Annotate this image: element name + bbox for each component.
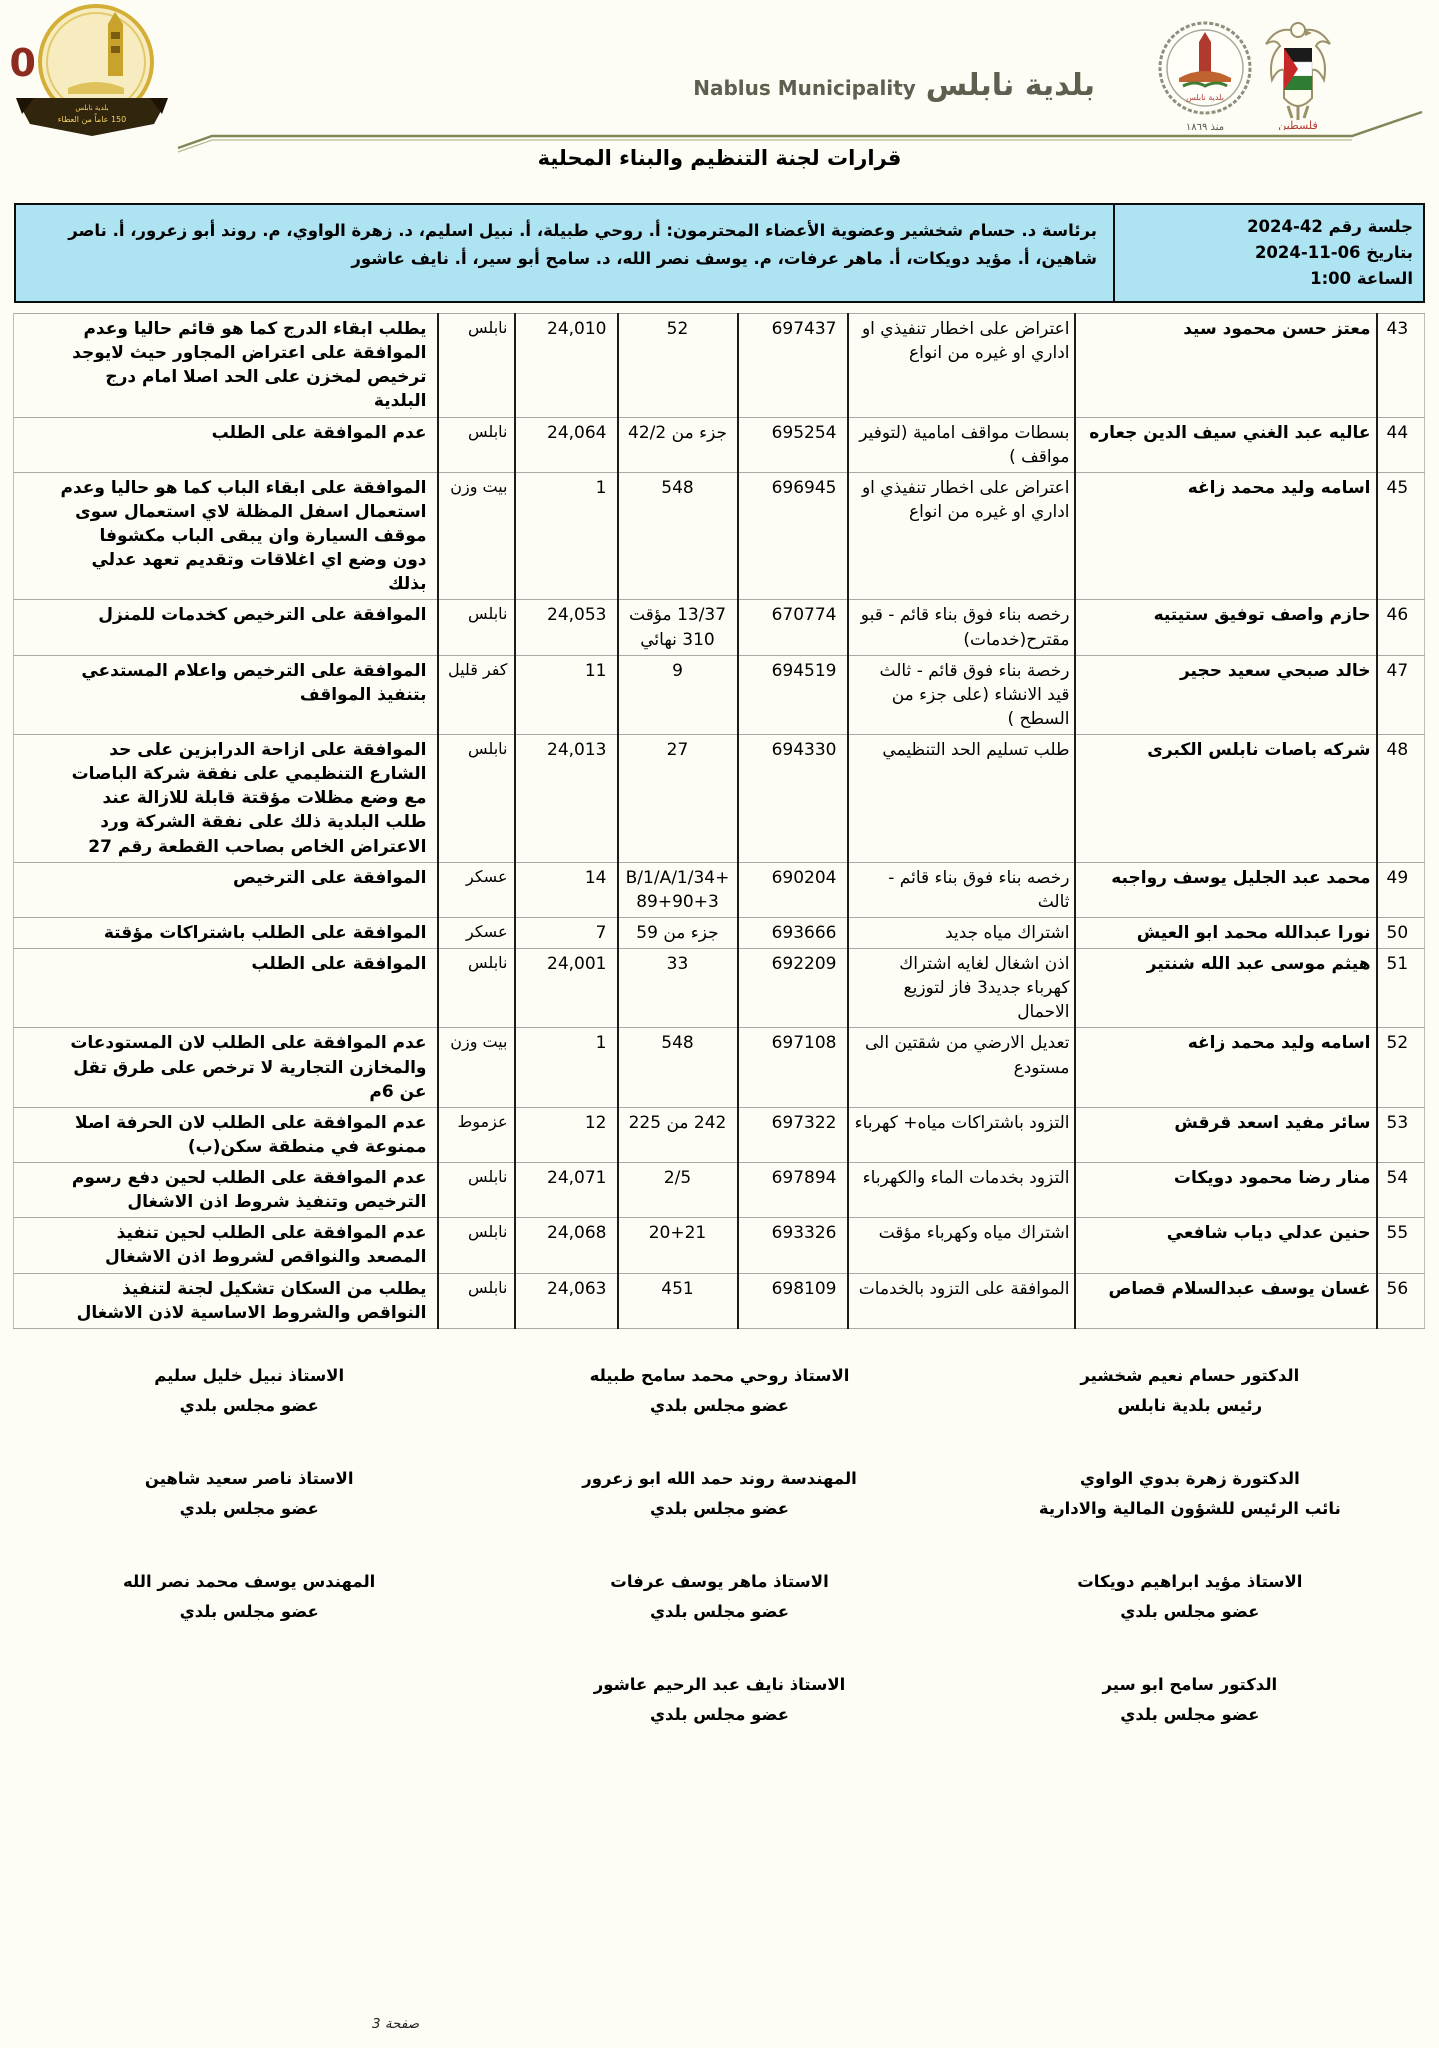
block-number: 12	[515, 1107, 618, 1162]
decision-text: الموافقة على الطلب باشتراكات مؤقتة	[14, 917, 438, 948]
signatory-name: الاستاذ نبيل خليل سليم	[14, 1361, 484, 1391]
session-number: جلسة رقم 42-2024	[1119, 214, 1413, 240]
table-row: 43 معتز حسن محمود سيد اعتراض على اخطار ت…	[14, 314, 1425, 418]
applicant-name: معتز حسن محمود سيد	[1075, 314, 1377, 418]
signatory-name: الاستاذ روحي محمد سامح طبيله	[484, 1361, 954, 1391]
row-number: 47	[1377, 655, 1425, 734]
plot-number: 451	[618, 1273, 738, 1328]
decision-text: يطلب من السكان تشكيل لجنة لتنفيذ النواقص…	[14, 1273, 438, 1328]
brand-text: بلدية نابلس Nablus Municipality	[693, 68, 1095, 103]
applicant-name: سائر مفيد اسعد قرقش	[1075, 1107, 1377, 1162]
row-number: 44	[1377, 417, 1425, 472]
row-number: 46	[1377, 600, 1425, 655]
request-subject: رخصة بناء فوق قائم - ثالث قيد الانشاء (ع…	[848, 655, 1075, 734]
decision-text: الموافقة على الترخيص	[14, 862, 438, 917]
file-number: 692209	[738, 949, 848, 1028]
block-number: 1	[515, 1028, 618, 1107]
file-number: 695254	[738, 417, 848, 472]
block-number: 24,063	[515, 1273, 618, 1328]
decision-text: عدم الموافقة على الطلب	[14, 417, 438, 472]
request-subject: اشتراك مياه وكهرباء مؤقت	[848, 1218, 1075, 1273]
plot-number: 27	[618, 735, 738, 863]
plot-number: 548	[618, 472, 738, 600]
signatory-title: عضو مجلس بلدي	[484, 1391, 954, 1421]
signatory-name: الدكتورة زهرة بدوي الواوي	[955, 1464, 1425, 1494]
request-subject: اشتراك مياه جديد	[848, 917, 1075, 948]
brand-arabic-label: بلدية نابلس	[926, 68, 1095, 103]
row-number: 43	[1377, 314, 1425, 418]
file-number: 697108	[738, 1028, 848, 1107]
table-row: 55 حنين عدلي دياب شافعي اشتراك مياه وكهر…	[14, 1218, 1425, 1273]
table-row: 53 سائر مفيد اسعد قرقش التزود باشتراكات …	[14, 1107, 1425, 1162]
signature-block	[14, 1662, 484, 1765]
signature-block: الاستاذ نايف عبد الرحيم عاشور عضو مجلس ب…	[484, 1662, 954, 1765]
file-number: 670774	[738, 600, 848, 655]
signatory-name: الاستاذ ماهر يوسف عرفات	[484, 1567, 954, 1597]
table-row: 45 اسامه وليد محمد زاغه اعتراض على اخطار…	[14, 472, 1425, 600]
location: نابلس	[438, 1163, 515, 1218]
signatory-title: نائب الرئيس للشؤون المالية والادارية	[955, 1494, 1425, 1524]
location: نابلس	[438, 1273, 515, 1328]
row-number: 45	[1377, 472, 1425, 600]
row-number: 51	[1377, 949, 1425, 1028]
table-row: 56 غسان يوسف عبدالسلام قصاص الموافقة على…	[14, 1273, 1425, 1328]
file-number: 696945	[738, 472, 848, 600]
block-number: 11	[515, 655, 618, 734]
signature-block: الاستاذ مؤيد ابراهيم دويكات عضو مجلس بلد…	[955, 1559, 1425, 1662]
file-number: 697437	[738, 314, 848, 418]
block-number: 14	[515, 862, 618, 917]
location: نابلس	[438, 417, 515, 472]
table-row: 50 نورا عبدالله محمد ابو العيش اشتراك مي…	[14, 917, 1425, 948]
row-number: 53	[1377, 1107, 1425, 1162]
signature-block: المهندس يوسف محمد نصر الله عضو مجلس بلدي	[14, 1559, 484, 1662]
applicant-name: حازم واصف توفيق ستيتيه	[1075, 600, 1377, 655]
block-number: 24,064	[515, 417, 618, 472]
block-number: 24,068	[515, 1218, 618, 1273]
location: كفر قليل	[438, 655, 515, 734]
location: نابلس	[438, 314, 515, 418]
request-subject: تعديل الارضي من شقتين الى مستودع	[848, 1028, 1075, 1107]
plot-number: 548	[618, 1028, 738, 1107]
decision-text: عدم الموافقة على الطلب لحين دفع رسوم الت…	[14, 1163, 438, 1218]
location: نابلس	[438, 600, 515, 655]
applicant-name: غسان يوسف عبدالسلام قصاص	[1075, 1273, 1377, 1328]
block-number: 1	[515, 472, 618, 600]
plot-number: 9	[618, 655, 738, 734]
brand-english-label: Nablus Municipality	[693, 76, 916, 100]
file-number: 690204	[738, 862, 848, 917]
file-number: 697894	[738, 1163, 848, 1218]
signature-block: الاستاذ ناصر سعيد شاهين عضو مجلس بلدي	[14, 1456, 484, 1559]
plot-number: 2/5	[618, 1163, 738, 1218]
file-number: 697322	[738, 1107, 848, 1162]
block-number: 24,010	[515, 314, 618, 418]
row-number: 52	[1377, 1028, 1425, 1107]
table-row: 49 محمد عبد الجليل يوسف رواجبه رخصه بناء…	[14, 862, 1425, 917]
signatory-title: رئيس بلدية نابلس	[955, 1391, 1425, 1421]
request-subject: اعتراض على اخطار تنفيذي او اداري او غيره…	[848, 314, 1075, 418]
signatory-title: عضو مجلس بلدي	[14, 1391, 484, 1421]
location: بيت وزن	[438, 472, 515, 600]
request-subject: رخصه بناء فوق بناء قائم - قبو مقترح(خدما…	[848, 600, 1075, 655]
table-row: 52 اسامه وليد محمد زاغه تعديل الارضي من …	[14, 1028, 1425, 1107]
signatory-title: عضو مجلس بلدي	[14, 1597, 484, 1627]
file-number: 698109	[738, 1273, 848, 1328]
decision-text: الموافقة على ازاحة الدرابزين على حد الشا…	[14, 735, 438, 863]
signatory-name: الاستاذ مؤيد ابراهيم دويكات	[955, 1567, 1425, 1597]
signatory-name: المهندسة روند حمد الله ابو زعرور	[484, 1464, 954, 1494]
decisions-table: 43 معتز حسن محمود سيد اعتراض على اخطار ت…	[13, 313, 1425, 1329]
signatory-title: عضو مجلس بلدي	[484, 1494, 954, 1524]
decision-text: الموافقة على الترخيص كخدمات للمنزل	[14, 600, 438, 655]
signatory-name: الدكتور سامح ابو سير	[955, 1670, 1425, 1700]
location: نابلس	[438, 1218, 515, 1273]
signature-block: المهندسة روند حمد الله ابو زعرور عضو مجل…	[484, 1456, 954, 1559]
plot-number: 242 من 225	[618, 1107, 738, 1162]
signature-block: الاستاذ ماهر يوسف عرفات عضو مجلس بلدي	[484, 1559, 954, 1662]
session-ids: جلسة رقم 42-2024 بتاريخ 06-11-2024 الساع…	[1113, 205, 1423, 301]
applicant-name: محمد عبد الجليل يوسف رواجبه	[1075, 862, 1377, 917]
signatory-title: عضو مجلس بلدي	[484, 1597, 954, 1627]
plot-number: 13/37 مؤقت 310 نهائي	[618, 600, 738, 655]
block-number: 24,053	[515, 600, 618, 655]
decision-text: عدم الموافقة على الطلب لان الحرفة اصلا م…	[14, 1107, 438, 1162]
session-date: بتاريخ 06-11-2024	[1119, 240, 1413, 266]
request-subject: اعتراض على اخطار تنفيذي او اداري او غيره…	[848, 472, 1075, 600]
request-subject: الموافقة على التزود بالخدمات	[848, 1273, 1075, 1328]
location: نابلس	[438, 735, 515, 863]
row-number: 48	[1377, 735, 1425, 863]
signatory-name: الاستاذ ناصر سعيد شاهين	[14, 1464, 484, 1494]
signature-block: الدكتور سامح ابو سير عضو مجلس بلدي	[955, 1662, 1425, 1765]
signatory-name: الدكتور حسام نعيم شخشير	[955, 1361, 1425, 1391]
row-number: 55	[1377, 1218, 1425, 1273]
signatory-title: عضو مجلس بلدي	[955, 1597, 1425, 1627]
session-time: الساعة 1:00	[1119, 266, 1413, 292]
signatory-name: الاستاذ نايف عبد الرحيم عاشور	[484, 1670, 954, 1700]
block-number: 24,013	[515, 735, 618, 863]
table-row: 44 عاليه عبد الغني سيف الدين جعاره بسطات…	[14, 417, 1425, 472]
file-number: 693326	[738, 1218, 848, 1273]
table-row: 51 هيثم موسى عبد الله شنتير اذن اشغال لغ…	[14, 949, 1425, 1028]
signature-block: الاستاذ نبيل خليل سليم عضو مجلس بلدي	[14, 1353, 484, 1456]
row-number: 50	[1377, 917, 1425, 948]
file-number: 694519	[738, 655, 848, 734]
signatory-title: عضو مجلس بلدي	[14, 1494, 484, 1524]
plot-number: 20+21	[618, 1218, 738, 1273]
decision-text: عدم الموافقة على الطلب لحين تنفيذ المصعد…	[14, 1218, 438, 1273]
signatory-title: عضو مجلس بلدي	[484, 1700, 954, 1730]
svg-text:150: 150	[8, 41, 36, 85]
table-row: 54 منار رضا محمود دويكات التزود بخدمات ا…	[14, 1163, 1425, 1218]
file-number: 693666	[738, 917, 848, 948]
table-row: 48 شركه باصات نابلس الكبرى طلب تسليم الح…	[14, 735, 1425, 863]
applicant-name: نورا عبدالله محمد ابو العيش	[1075, 917, 1377, 948]
signature-block: الدكتورة زهرة بدوي الواوي نائب الرئيس لل…	[955, 1456, 1425, 1559]
request-subject: بسطات مواقف امامية (لتوفير مواقف )	[848, 417, 1075, 472]
page-number-label: صفحة 3	[372, 2016, 419, 2032]
row-number: 54	[1377, 1163, 1425, 1218]
applicant-name: حنين عدلي دياب شافعي	[1075, 1218, 1377, 1273]
signatures-section: الدكتور حسام نعيم شخشير رئيس بلدية نابلس…	[14, 1353, 1425, 1765]
request-subject: رخصه بناء فوق بناء قائم - ثالث	[848, 862, 1075, 917]
signature-block: الدكتور حسام نعيم شخشير رئيس بلدية نابلس	[955, 1353, 1425, 1456]
decision-text: الموافقة على ابقاء الباب كما هو حاليا وع…	[14, 472, 438, 600]
table-row: 46 حازم واصف توفيق ستيتيه رخصه بناء فوق …	[14, 600, 1425, 655]
request-subject: اذن اشغال لغايه اشتراك كهرباء جديد3 فاز …	[848, 949, 1075, 1028]
signatory-name: المهندس يوسف محمد نصر الله	[14, 1567, 484, 1597]
page-title: قرارات لجنة التنظيم والبناء المحلية	[0, 146, 1439, 170]
plot-number: 33	[618, 949, 738, 1028]
applicant-name: خالد صبحي سعيد حجير	[1075, 655, 1377, 734]
request-subject: التزود باشتراكات مياه+ كهرباء	[848, 1107, 1075, 1162]
location: عسكر	[438, 862, 515, 917]
decision-text: عدم الموافقة على الطلب لان المستودعات وا…	[14, 1028, 438, 1107]
decision-text: الموافقة على الطلب	[14, 949, 438, 1028]
row-number: 49	[1377, 862, 1425, 917]
location: عسكر	[438, 917, 515, 948]
applicant-name: اسامه وليد محمد زاغه	[1075, 1028, 1377, 1107]
decision-text: الموافقة على الترخيص واعلام المستدعي بتن…	[14, 655, 438, 734]
applicant-name: عاليه عبد الغني سيف الدين جعاره	[1075, 417, 1377, 472]
page-content: 43 معتز حسن محمود سيد اعتراض على اخطار ت…	[14, 313, 1425, 1765]
applicant-name: هيثم موسى عبد الله شنتير	[1075, 949, 1377, 1028]
plot-number: جزء من 59	[618, 917, 738, 948]
plot-number: B/1/A/1/34+89+90+3	[618, 862, 738, 917]
document-page: 150 بلدية نابلس 150 عاماً من العطاء بلدي…	[0, 0, 1439, 2048]
applicant-name: اسامه وليد محمد زاغه	[1075, 472, 1377, 600]
block-number: 7	[515, 917, 618, 948]
block-number: 24,001	[515, 949, 618, 1028]
location: بيت وزن	[438, 1028, 515, 1107]
session-attendees: برئاسة د. حسام شخشير وعضوية الأعضاء المح…	[16, 205, 1113, 301]
plot-number: 52	[618, 314, 738, 418]
location: نابلس	[438, 949, 515, 1028]
decision-text: يطلب ابقاء الدرج كما هو قائم حاليا وعدم …	[14, 314, 438, 418]
request-subject: التزود بخدمات الماء والكهرباء	[848, 1163, 1075, 1218]
file-number: 694330	[738, 735, 848, 863]
row-number: 56	[1377, 1273, 1425, 1328]
plot-number: جزء من 42/2	[618, 417, 738, 472]
applicant-name: منار رضا محمود دويكات	[1075, 1163, 1377, 1218]
request-subject: طلب تسليم الحد التنظيمي	[848, 735, 1075, 863]
signature-block: الاستاذ روحي محمد سامح طبيله عضو مجلس بل…	[484, 1353, 954, 1456]
session-info-bar: جلسة رقم 42-2024 بتاريخ 06-11-2024 الساع…	[14, 203, 1425, 303]
applicant-name: شركه باصات نابلس الكبرى	[1075, 735, 1377, 863]
block-number: 24,071	[515, 1163, 618, 1218]
signatory-title: عضو مجلس بلدي	[955, 1700, 1425, 1730]
table-row: 47 خالد صبحي سعيد حجير رخصة بناء فوق قائ…	[14, 655, 1425, 734]
location: عزموط	[438, 1107, 515, 1162]
